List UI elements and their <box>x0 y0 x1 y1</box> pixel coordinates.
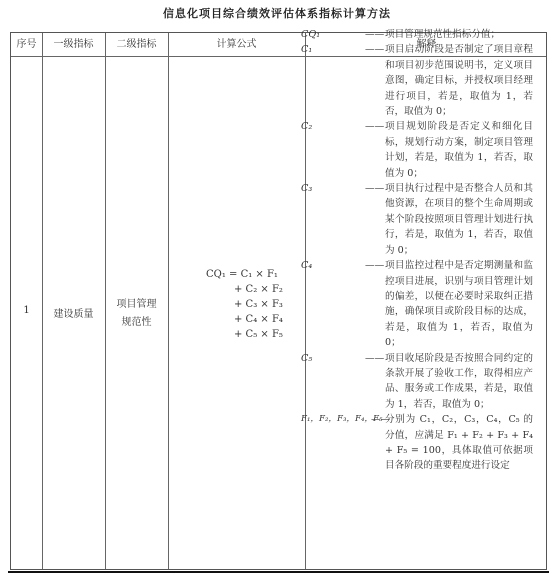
term-description: 分别为 C₁，C₂，C₃，C₄，C₅ 的分值，应满足 F₁ + F₂ + F₃ … <box>385 412 533 474</box>
formula-line: + C₃ × F₃ <box>206 297 283 312</box>
term-description: 项目收尾阶段是否按照合同约定的条款开展了验收工作，取得相应产品、服务或工作成果，… <box>385 351 533 413</box>
term: CQ₁ <box>301 27 320 42</box>
term-description: 项目启动阶段是否制定了项目章程和项目初步范围说明书，定义项目意图，确定目标，并授… <box>385 42 533 119</box>
formula-line: + C₄ × F₄ <box>206 312 283 327</box>
row-level2: 项目管理 规范性 <box>105 296 168 332</box>
term-description: 项目规划阶段是否定义和细化目标，规划行动方案，制定项目管理计划，若是，取值为 1… <box>385 119 533 181</box>
bottom-rule <box>8 571 549 573</box>
table-title: 信息化项目综合绩效评估体系指标计算方法 <box>0 5 554 21</box>
term: C₃ <box>301 181 312 196</box>
header-level1: 一级指标 <box>42 33 105 56</box>
dash: —— <box>365 181 384 196</box>
formula-line: + C₂ × F₂ <box>206 282 283 297</box>
formula-line: + C₅ × F₅ <box>206 327 283 342</box>
dash: —— <box>365 27 384 42</box>
column-divider <box>168 33 169 569</box>
explanation-entry: C₃ —— 项目执行过程中是否整合人员和其他资源，在项目的整个生命周期或某个阶段… <box>301 181 533 258</box>
term: C₅ <box>301 351 312 366</box>
header-index: 序号 <box>11 33 42 56</box>
explanation-entry: C₁ —— 项目启动阶段是否制定了项目章程和项目初步范围说明书，定义项目意图，确… <box>301 42 533 119</box>
dash: —— <box>365 119 384 134</box>
dash: —— <box>365 258 384 273</box>
dash: —— <box>365 351 384 366</box>
term: C₄ <box>301 258 312 273</box>
term: C₂ <box>301 119 312 134</box>
term-description: 项目执行过程中是否整合人员和其他资源，在项目的整个生命周期或某个阶段按照项目管理… <box>385 181 533 258</box>
explanation-entry: C₂ —— 项目规划阶段是否定义和细化目标，规划行动方案，制定项目管理计划，若是… <box>301 119 533 181</box>
dash: —— <box>371 412 390 427</box>
dash: —— <box>365 42 384 57</box>
level2-line1: 项目管理 <box>105 296 168 314</box>
level2-line2: 规范性 <box>105 314 168 332</box>
explanation-entry: C₅ —— 项目收尾阶段是否按照合同约定的条款开展了验收工作，取得相应产品、服务… <box>301 351 533 413</box>
term: C₁ <box>301 42 312 57</box>
term-description: 项目监控过程中是否定期测量和监控项目进展，识别与项目管理计划的偏差，以便在必要时… <box>385 258 533 350</box>
explanation-entry: F₁，F₂，F₃，F₄，F₅ —— 分别为 C₁，C₂，C₃，C₄，C₅ 的分值… <box>301 412 533 474</box>
explanation-list: CQ₁ —— 项目管理规范性指标分值； C₁ —— 项目启动阶段是否制定了项目章… <box>301 27 533 474</box>
column-divider <box>42 33 43 569</box>
explanation-entry: C₄ —— 项目监控过程中是否定期测量和监控项目进展，识别与项目管理计划的偏差，… <box>301 258 533 350</box>
formula: CQ₁ = C₁ × F₁ + C₂ × F₂ + C₃ × F₃ + C₄ ×… <box>206 267 283 342</box>
header-formula: 计算公式 <box>168 33 305 56</box>
header-level2: 二级指标 <box>105 33 168 56</box>
formula-line: CQ₁ = C₁ × F₁ <box>206 267 283 282</box>
term-description: 项目管理规范性指标分值； <box>385 27 533 42</box>
explanation-entry: CQ₁ —— 项目管理规范性指标分值； <box>301 27 533 42</box>
row-level1: 建设质量 <box>42 305 105 320</box>
row-index: 1 <box>11 305 42 316</box>
